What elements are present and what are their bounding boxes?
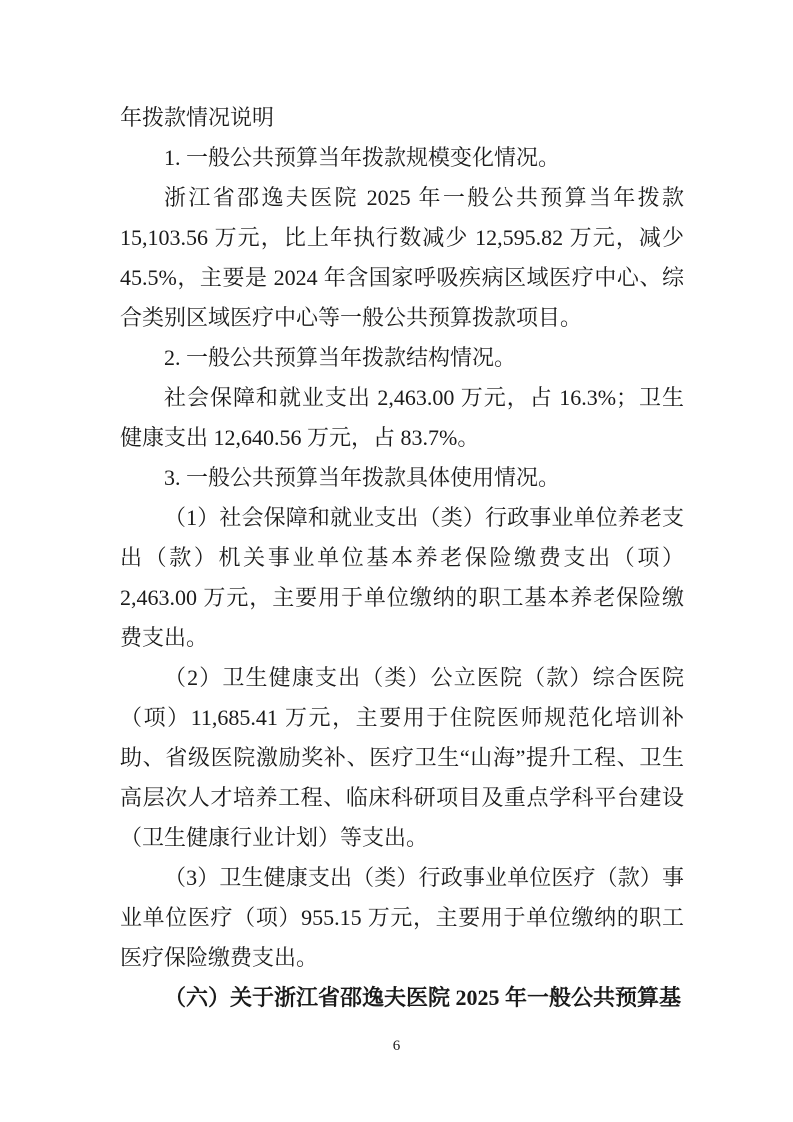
section-6-heading: （六）关于浙江省邵逸夫医院 2025 年一般公共预算基	[120, 978, 684, 1018]
paragraph-appropriation-structure: 社会保障和就业支出 2,463.00 万元，占 16.3%；卫生健康支出 12,…	[120, 378, 684, 458]
paragraph-item-3-medical-insurance: （3）卫生健康支出（类）行政事业单位医疗（款）事业单位医疗（项）955.15 万…	[120, 858, 684, 978]
page-content: 年拨款情况说明 1. 一般公共预算当年拨款规模变化情况。 浙江省邵逸夫医院 20…	[120, 98, 684, 1018]
heading-continuation-line: 年拨款情况说明	[120, 98, 684, 138]
paragraph-appropriation-scale-change: 浙江省邵逸夫医院 2025 年一般公共预算当年拨款 15,103.56 万元，比…	[120, 178, 684, 338]
subheading-2: 2. 一般公共预算当年拨款结构情况。	[120, 338, 684, 378]
paragraph-item-2-public-hospital: （2）卫生健康支出（类）公立医院（款）综合医院（项）11,685.41 万元，主…	[120, 658, 684, 858]
page-number: 6	[0, 1036, 793, 1056]
subheading-3: 3. 一般公共预算当年拨款具体使用情况。	[120, 458, 684, 498]
paragraph-item-1-social-security: （1）社会保障和就业支出（类）行政事业单位养老支出（款）机关事业单位基本养老保险…	[120, 498, 684, 658]
subheading-1: 1. 一般公共预算当年拨款规模变化情况。	[120, 138, 684, 178]
document-page: 年拨款情况说明 1. 一般公共预算当年拨款规模变化情况。 浙江省邵逸夫医院 20…	[0, 0, 793, 1122]
